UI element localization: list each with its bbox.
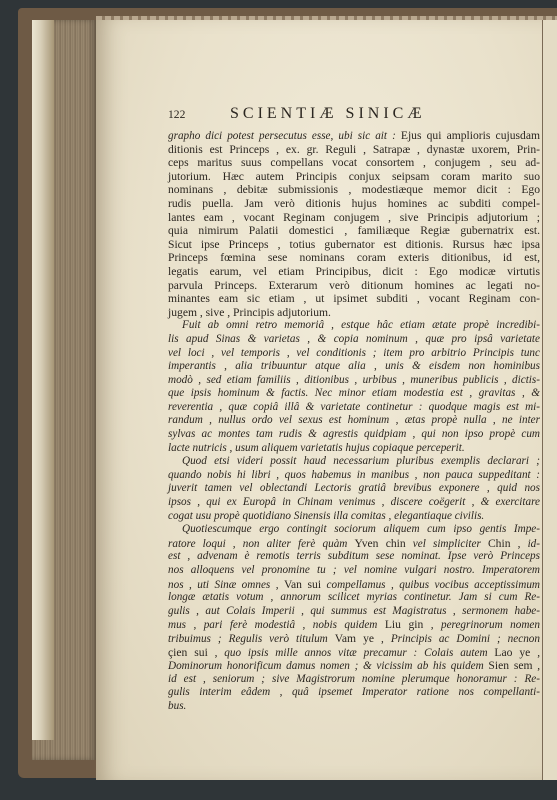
italic-text: randum , nullus ordo vel sexus est homin…	[168, 414, 540, 426]
italic-text: , peregrinorum nomen	[423, 619, 540, 631]
paragraph: grapho dici potest persecutus esse, ubi …	[168, 129, 540, 319]
text-line: longæ ætatis votum , annorum scilicet my…	[168, 591, 540, 605]
italic-text: gulis interim eâdem , quâ ipsemet Impera…	[168, 686, 540, 698]
italic-text: , quo ipsis mille annos vitæ precamur : …	[208, 647, 495, 659]
italic-text: cogat usu propè quotidiano Sinensis illa…	[168, 510, 484, 522]
text-line: ipsos , qui ex Europâ in Chinam venimus …	[168, 496, 540, 510]
roman-text: Liu gin	[385, 618, 423, 631]
roman-text: Vam ye	[335, 632, 374, 645]
italic-text: grapho dici potest persecutus esse, ubi …	[168, 130, 401, 142]
roman-text: ceps maritus suus compellans vocat conso…	[168, 156, 540, 169]
italic-text: nos , uti Sinæ omnes ,	[168, 579, 284, 591]
italic-text: sylvas ac montes tam rudis & agrestis qu…	[168, 428, 540, 440]
text-line: nominans , debitæ submissionis , modesti…	[168, 183, 540, 197]
italic-text: Quotiescumque ergo contingit sociorum al…	[182, 523, 540, 535]
roman-text: legatis earum, vel etiam Principibus, di…	[168, 265, 540, 278]
roman-text: Yven chin	[355, 537, 406, 550]
italic-text: ipsos , qui ex Europâ in Chinam venimus …	[168, 496, 540, 508]
text-line: randum , nullus ordo vel sexus est homin…	[168, 414, 540, 428]
roman-text: Van sui	[284, 578, 321, 591]
italic-text: Fuit ab omni retro memoriâ , estque hâc …	[182, 319, 540, 331]
italic-text: vel simpliciter	[406, 538, 488, 550]
text-line: jugem , sive , Principis adjutorium.	[168, 306, 540, 320]
roman-text: Sien sem	[488, 659, 532, 672]
text-line: Dominorum honorificum damus nomen ; & vi…	[168, 659, 540, 673]
text-line: que ipsis hominum & factis. Nec minor et…	[168, 387, 540, 401]
text-line: Quod etsi videri possit haud necessarium…	[168, 455, 540, 469]
text-line: gulis , aut Colais Imperii , qui summus …	[168, 605, 540, 619]
text-line: sylvas ac montes tam rudis & agrestis qu…	[168, 428, 540, 442]
italic-text: id est , seniorum ; sive Magistrorum nom…	[168, 673, 540, 685]
text-line: quando nobis hi libri , quos habemus in …	[168, 469, 540, 483]
text-line: quia nimirum Palatii domestici , familiæ…	[168, 224, 540, 238]
italic-text: est , advenam è remotis terris subditum …	[168, 550, 540, 562]
text-line: ditionis est Princeps , ex. gr. Reguli ,…	[168, 143, 540, 157]
italic-text: Dominorum honorificum damus nomen ; & vi…	[168, 660, 488, 672]
roman-text: Lao ye	[494, 646, 530, 659]
text-line: legatis earum, vel etiam Principibus, di…	[168, 265, 540, 279]
italic-text: reverentia , quæ copiâ illâ & varietate …	[168, 401, 540, 413]
italic-text: nos alloquens vel pronomine tu ; vel nom…	[168, 564, 540, 576]
page-number: 122	[168, 108, 230, 122]
paragraph: Quotiescumque ergo contingit sociorum al…	[168, 523, 540, 713]
italic-text: lacte nutricis , usum aliquem varietatis…	[168, 442, 465, 454]
text-line: tribuimus ; Regulis verò titulum Vam ye …	[168, 632, 540, 646]
italic-text: ,	[530, 647, 540, 659]
italic-text: gulis , aut Colais Imperii , qui summus …	[168, 605, 540, 617]
page-block-edge	[32, 20, 54, 740]
italic-text: lis apud Sinas & varietas , & copia nomi…	[168, 333, 540, 345]
text-line: grapho dici potest persecutus esse, ubi …	[168, 129, 540, 143]
roman-text: parvula Princeps. Exterarum verò ditionu…	[168, 279, 540, 292]
text-line: bus.	[168, 700, 540, 714]
text-line: rudis puella. Jam verò ditionis hujus ho…	[168, 197, 540, 211]
page-text: 122 SCIENTIÆ SINICÆ grapho dici potest p…	[168, 107, 540, 714]
italic-text: vel loci , vel temporis , vel conditioni…	[168, 347, 540, 359]
italic-text: modò , sed etiam familiis , ditionibus ,…	[168, 374, 540, 386]
roman-text: lantes eam , vocant Reginam conjugem , s…	[168, 211, 540, 224]
roman-text: Chin	[488, 537, 511, 550]
italic-text: , Principis ac Domini ; necnon	[374, 633, 540, 645]
italic-text: Quod etsi videri possit haud necessarium…	[182, 455, 540, 467]
text-line: çien sui , quo ipsis mille annos vitæ pr…	[168, 646, 540, 660]
text-line: nos , uti Sinæ omnes , Van sui compellam…	[168, 578, 540, 592]
running-title: SCIENTIÆ SINICÆ	[230, 107, 426, 121]
text-line: lacte nutricis , usum aliquem varietatis…	[168, 442, 540, 456]
roman-text: Princeps fœmina sese nominans coram exte…	[168, 251, 540, 264]
roman-text: nominans , debitæ submissionis , modesti…	[168, 183, 540, 196]
italic-text: ratore loqui , non aliter ferè quàm	[168, 538, 355, 550]
roman-text: jugem , sive , Principis adjutorium.	[168, 306, 331, 319]
roman-text: çien sui	[168, 646, 208, 659]
italic-text: compellamus , quibus vocibus acceptissim…	[321, 579, 540, 591]
text-line: modò , sed etiam familiis , ditionibus ,…	[168, 374, 540, 388]
text-line: parvula Princeps. Exterarum verò ditionu…	[168, 279, 540, 293]
paragraph: Fuit ab omni retro memoriâ , estque hâc …	[168, 319, 540, 455]
italic-text: ,	[533, 660, 541, 672]
roman-text: rudis puella. Jam verò ditionis hujus ho…	[168, 197, 540, 210]
roman-text: jutorium. Hæc autem Principis conjux sei…	[168, 170, 540, 183]
text-line: lis apud Sinas & varietas , & copia nomi…	[168, 333, 540, 347]
italic-text: longæ ætatis votum , annorum scilicet my…	[168, 591, 540, 603]
italic-text: juverit tamen vel oblectandi Lectoris gr…	[168, 482, 540, 494]
italic-text: , id-	[511, 538, 540, 550]
text-line: ceps maritus suus compellans vocat conso…	[168, 156, 540, 170]
text-line: Quotiescumque ergo contingit sociorum al…	[168, 523, 540, 537]
roman-text: minantes eam sic etiam , ut ipsimet subd…	[168, 292, 540, 305]
text-line: vel loci , vel temporis , vel conditioni…	[168, 347, 540, 361]
text-line: juverit tamen vel oblectandi Lectoris gr…	[168, 482, 540, 496]
roman-text: Sicut ipse Princeps , totius gubernator …	[168, 238, 540, 251]
italic-text: imperantis , alia tribuuntur atque alia …	[168, 360, 540, 372]
text-line: id est , seniorum ; sive Magistrorum nom…	[168, 673, 540, 687]
text-line: cogat usu propè quotidiano Sinensis illa…	[168, 510, 540, 524]
paragraph: Quod etsi videri possit haud necessarium…	[168, 455, 540, 523]
body-text: grapho dici potest persecutus esse, ubi …	[168, 129, 540, 714]
text-line: reverentia , quæ copiâ illâ & varietate …	[168, 401, 540, 415]
facing-page-edge	[542, 20, 557, 780]
text-line: jutorium. Hæc autem Principis conjux sei…	[168, 170, 540, 184]
italic-text: quando nobis hi libri , quos habemus in …	[168, 469, 540, 481]
text-line: ratore loqui , non aliter ferè quàm Yven…	[168, 537, 540, 551]
text-line: imperantis , alia tribuuntur atque alia …	[168, 360, 540, 374]
italic-text: tribuimus ; Regulis verò titulum	[168, 633, 335, 645]
text-line: gulis interim eâdem , quâ ipsemet Impera…	[168, 686, 540, 700]
text-line: minantes eam sic etiam , ut ipsimet subd…	[168, 292, 540, 306]
italic-text: mus , pari ferè modestiâ , nobis quidem	[168, 619, 385, 631]
text-line: mus , pari ferè modestiâ , nobis quidem …	[168, 618, 540, 632]
text-line: Sicut ipse Princeps , totius gubernator …	[168, 238, 540, 252]
italic-text: bus.	[168, 700, 186, 712]
text-line: lantes eam , vocant Reginam conjugem , s…	[168, 211, 540, 225]
page-header: 122 SCIENTIÆ SINICÆ	[168, 107, 540, 129]
text-line: est , advenam è remotis terris subditum …	[168, 550, 540, 564]
text-line: Princeps fœmina sese nominans coram exte…	[168, 251, 540, 265]
roman-text: quia nimirum Palatii domestici , familiæ…	[168, 224, 540, 237]
text-line: Fuit ab omni retro memoriâ , estque hâc …	[168, 319, 540, 333]
italic-text: que ipsis hominum & factis. Nec minor et…	[168, 387, 540, 399]
text-line: nos alloquens vel pronomine tu ; vel nom…	[168, 564, 540, 578]
roman-text: ditionis est Princeps , ex. gr. Reguli ,…	[168, 143, 540, 156]
roman-text: Ejus qui amplioris cujusdam	[401, 129, 540, 142]
